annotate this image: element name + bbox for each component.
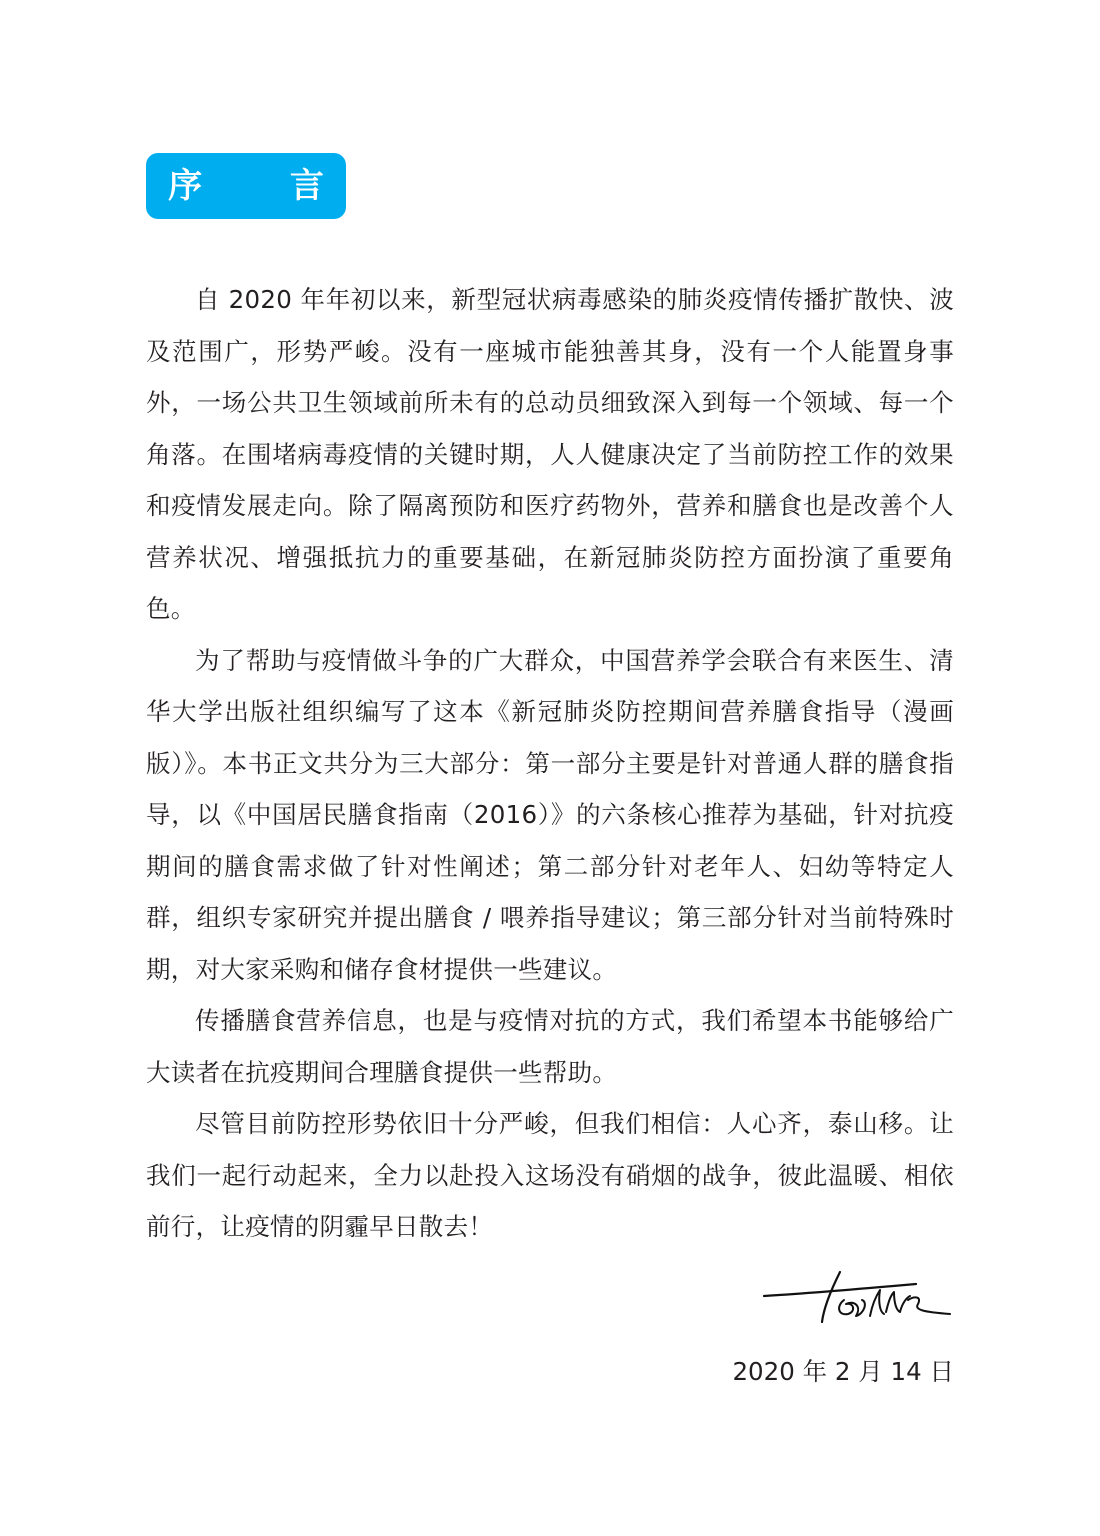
preface-date: 2020 年 2 月 14 日 <box>732 1352 954 1392</box>
paragraph-4: 尽管目前防控形势依旧十分严峻，但我们相信：人心齐，泰山移。让我们一起行动起来，全… <box>146 1098 954 1253</box>
preface-body: 自 2020 年年初以来，新型冠状病毒感染的肺炎疫情传播扩散快、波及范围广，形势… <box>146 274 954 1253</box>
signature-icon <box>758 1270 958 1340</box>
preface-heading-box: 序 言 <box>146 153 346 219</box>
paragraph-3: 传播膳食营养信息，也是与疫情对抗的方式，我们希望本书能够给广大读者在抗疫期间合理… <box>146 995 954 1098</box>
preface-heading-title: 序 言 <box>168 169 362 203</box>
paragraph-1: 自 2020 年年初以来，新型冠状病毒感染的肺炎疫情传播扩散快、波及范围广，形势… <box>146 274 954 635</box>
paragraph-2: 为了帮助与疫情做斗争的广大群众，中国营养学会联合有来医生、清华大学出版社组织编写… <box>146 635 954 996</box>
